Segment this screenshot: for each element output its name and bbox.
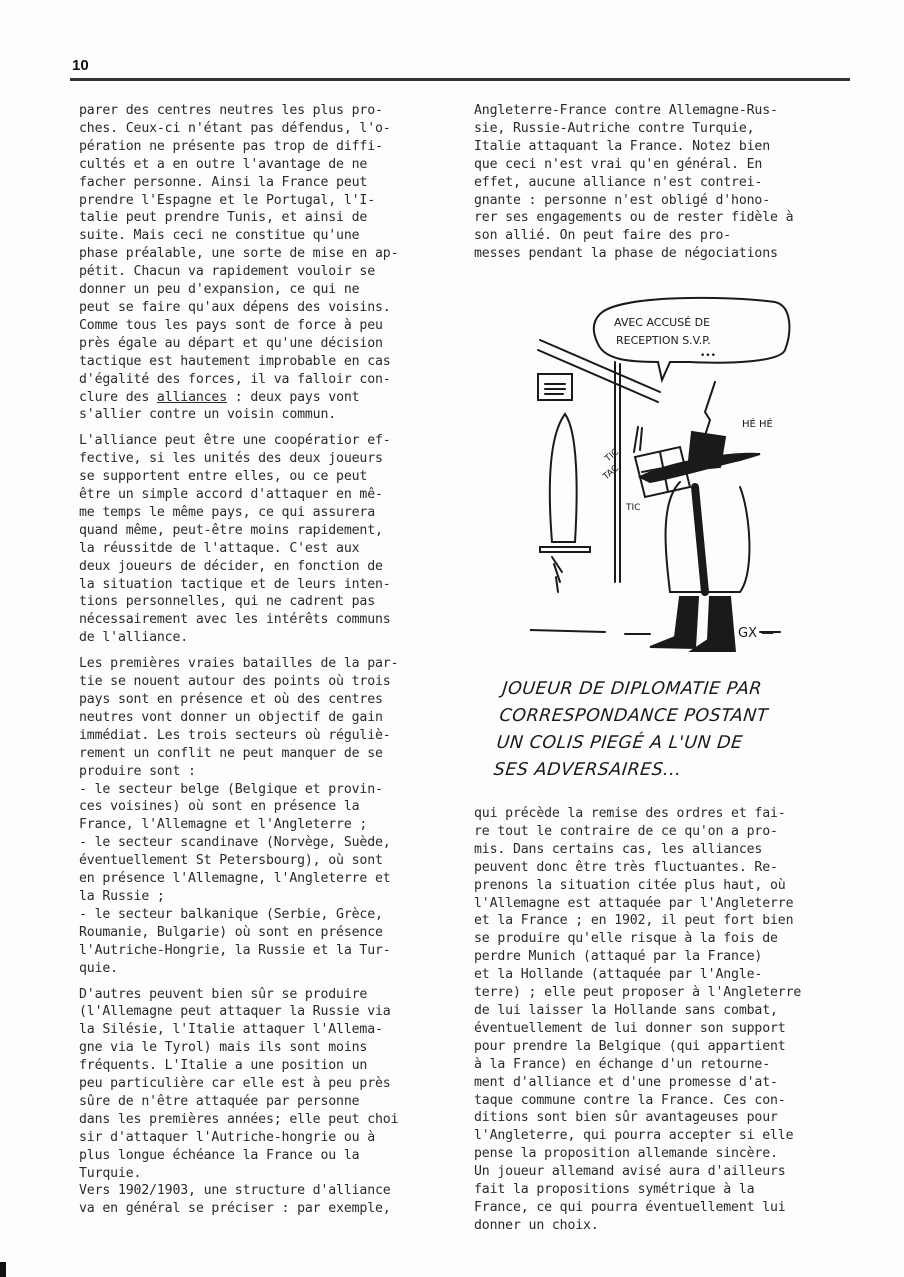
cartoon-caption: JOUEUR DE DIPLOMATIE PAR CORRESPONDANCE … xyxy=(492,676,843,784)
cartoon-illustration: AVEC ACCUSÉ DE RECEPTION S.V.P. ••• HÉ H… xyxy=(530,292,810,652)
header-rule xyxy=(70,78,850,81)
page-number: 10 xyxy=(72,57,89,74)
artist-signature: GX — xyxy=(738,626,774,641)
bubble-line-2: RECEPTION S.V.P. xyxy=(616,334,711,347)
paragraph-negotiation: qui précède la remise des ordres et fai-… xyxy=(474,805,854,1235)
scan-edge-mark xyxy=(0,1262,6,1277)
cartoon-drawing: AVEC ACCUSÉ DE RECEPTION S.V.P. ••• HÉ H… xyxy=(530,292,810,652)
underlined-term: alliances xyxy=(157,390,227,405)
paragraph-intro: parer des centres neutres les plus pro- … xyxy=(79,102,451,424)
paragraph-others: D'autres peuvent bien sûr se produire (l… xyxy=(79,986,451,1219)
bubble-line-1: AVEC ACCUSÉ DE xyxy=(614,316,710,329)
laugh-text: HÉ HÉ xyxy=(742,417,773,430)
tic-text-1: TIC xyxy=(603,447,621,465)
right-column-top: Angleterre-France contre Allemagne-Rus- … xyxy=(474,102,854,263)
paragraph-text: parer des centres neutres les plus pro- … xyxy=(79,103,398,405)
bubble-dots: ••• xyxy=(700,351,716,361)
paragraph-alliance: L'alliance peut être une coopératior ef-… xyxy=(79,432,451,647)
paragraph-battles: Les premières vraies batailles de la par… xyxy=(79,655,451,977)
left-column: parer des centres neutres les plus pro- … xyxy=(79,102,451,1218)
tic-text-2: TIC xyxy=(625,503,640,513)
right-column-bottom: qui précède la remise des ordres et fai-… xyxy=(474,805,854,1235)
tac-text: TAC xyxy=(601,464,621,483)
paragraph-example: Angleterre-France contre Allemagne-Rus- … xyxy=(474,102,854,263)
